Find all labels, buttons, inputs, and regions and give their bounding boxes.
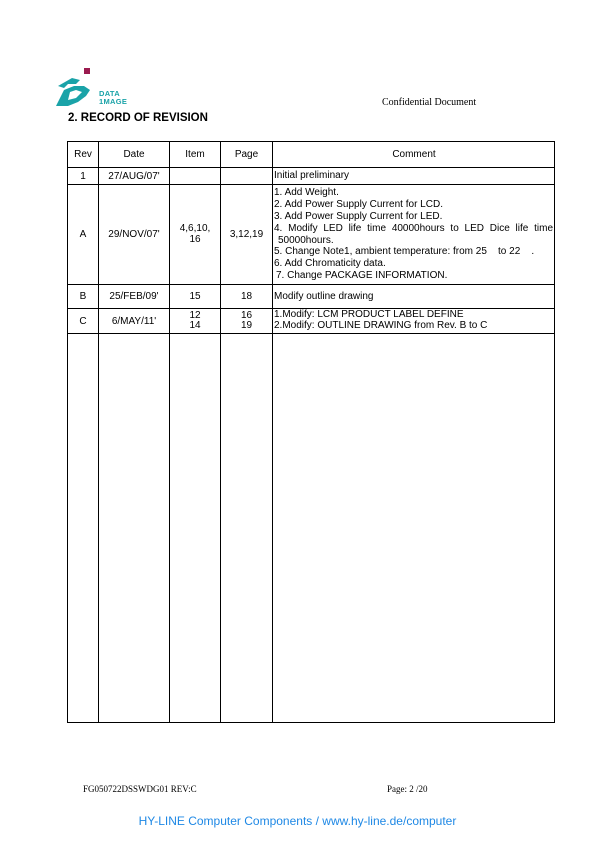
- cell-item: 4,6,10, 16: [170, 185, 221, 285]
- cell-date: 29/NOV/07': [99, 185, 170, 285]
- cell-rev: 1: [68, 168, 99, 185]
- item-line: 4,6,10,: [170, 224, 220, 235]
- table-row: A 29/NOV/07' 4,6,10, 16 3,12,19 1. Add W…: [68, 185, 555, 285]
- cell-date: [99, 334, 170, 723]
- comment-line: 5. Change Note1, ambient temperature: fr…: [274, 246, 554, 258]
- table-header-row: Rev Date Item Page Comment: [68, 142, 555, 168]
- cell-comment: Modify outline drawing: [273, 285, 555, 309]
- item-line: 16: [170, 235, 220, 246]
- page-line: 19: [221, 321, 272, 332]
- header-comment: Comment: [273, 142, 555, 168]
- cell-page: 18: [221, 285, 273, 309]
- cell-page: 3,12,19: [221, 185, 273, 285]
- cell-date: 25/FEB/09': [99, 285, 170, 309]
- section-title: 2. RECORD OF REVISION: [68, 112, 208, 124]
- logo-text: DATA 1MAGE: [99, 90, 127, 106]
- comment-line: 50000hours.: [274, 235, 554, 247]
- cell-comment: [273, 334, 555, 723]
- comment-line: Modify outline drawing: [274, 291, 554, 303]
- table-row: 1 27/AUG/07' Initial preliminary: [68, 168, 555, 185]
- hyline-link[interactable]: HY-LINE Computer Components / www.hy-lin…: [0, 814, 595, 828]
- cell-page: 16 19: [221, 309, 273, 334]
- cell-item: [170, 168, 221, 185]
- company-logo: DATA 1MAGE: [54, 64, 144, 110]
- cell-item: 12 14: [170, 309, 221, 334]
- header-date: Date: [99, 142, 170, 168]
- comment-line: 7. Change PACKAGE INFORMATION.: [274, 270, 554, 282]
- comment-line: 2.Modify: OUTLINE DRAWING from Rev. B to…: [274, 320, 554, 331]
- cell-item: 15: [170, 285, 221, 309]
- confidential-label: Confidential Document: [382, 97, 476, 108]
- revision-table: Rev Date Item Page Comment 1 27/AUG/07' …: [67, 141, 555, 723]
- item-line: 14: [170, 321, 220, 332]
- cell-rev: [68, 334, 99, 723]
- cell-date: 6/MAY/11': [99, 309, 170, 334]
- table-row-empty: [68, 334, 555, 723]
- comment-line: 6. Add Chromaticity data.: [274, 258, 554, 270]
- comment-line: 1. Add Weight.: [274, 187, 554, 199]
- cell-rev: A: [68, 185, 99, 285]
- header-page: Page: [221, 142, 273, 168]
- comment-line: 2. Add Power Supply Current for LCD.: [274, 199, 554, 211]
- header-item: Item: [170, 142, 221, 168]
- comment-line: 3. Add Power Supply Current for LED.: [274, 211, 554, 223]
- page-number: Page: 2 /20: [387, 784, 428, 794]
- cell-date: 27/AUG/07': [99, 168, 170, 185]
- cell-page: [221, 168, 273, 185]
- header-rev: Rev: [68, 142, 99, 168]
- cell-comment: Initial preliminary: [273, 168, 555, 185]
- logo-accent-square: [84, 68, 90, 74]
- cell-rev: C: [68, 309, 99, 334]
- cell-item: [170, 334, 221, 723]
- cell-page: [221, 334, 273, 723]
- comment-line: Initial preliminary: [274, 170, 554, 182]
- table-row: C 6/MAY/11' 12 14 16 19 1.Modify: LCM PR…: [68, 309, 555, 334]
- comment-line: 4. Modify LED life time 40000hours to LE…: [274, 223, 554, 235]
- table-row: B 25/FEB/09' 15 18 Modify outline drawin…: [68, 285, 555, 309]
- document-id: FG050722DSSWDG01 REV:C: [83, 784, 197, 794]
- data-image-logo-icon: [54, 72, 94, 108]
- comment-line: 1.Modify: LCM PRODUCT LABEL DEFINE: [274, 309, 554, 320]
- logo-text-line2: 1MAGE: [99, 98, 127, 106]
- cell-comment: 1.Modify: LCM PRODUCT LABEL DEFINE 2.Mod…: [273, 309, 555, 334]
- cell-comment: 1. Add Weight. 2. Add Power Supply Curre…: [273, 185, 555, 285]
- cell-rev: B: [68, 285, 99, 309]
